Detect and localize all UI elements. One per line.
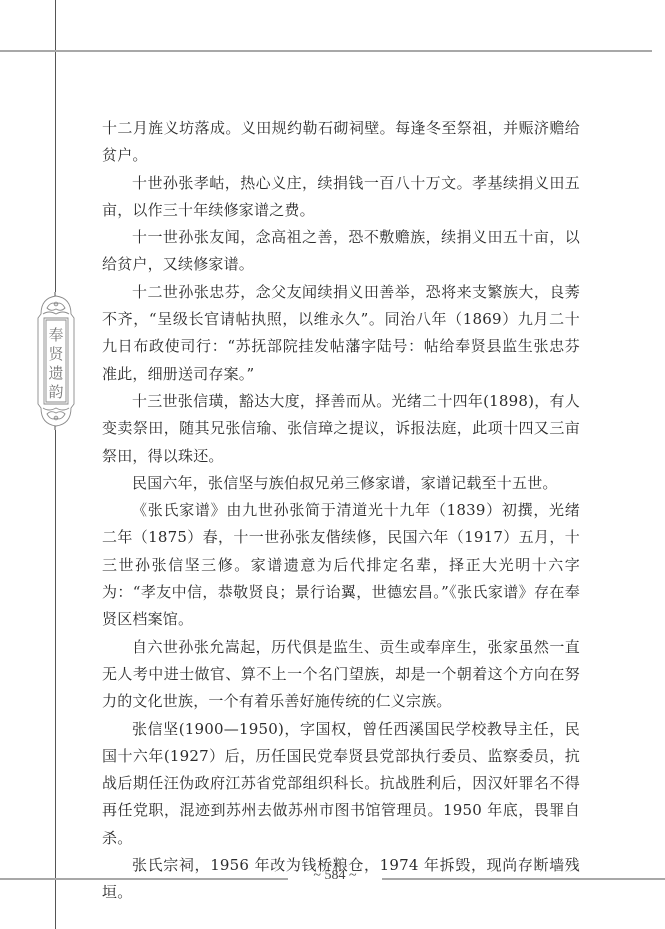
paragraph: 十二世孙张忠芬，念父友闻续捐义田善举，恐将来支繁族大，良莠不齐，“呈级长官请帖执… (102, 279, 580, 388)
paragraph: 张信坚(1900—1950)，字国权，曾任西溪国民学校教导主任，民国十六年(19… (102, 716, 580, 852)
side-title-char: 贤 (33, 345, 79, 364)
paragraph: 十三世张信璜，豁达大度，择善而从。光绪二十四年(1898)，有人变卖祭田，随其兄… (102, 388, 580, 470)
paragraph: 《张氏家谱》由九世孙张简于清道光十九年（1839）初撰，光绪二年（1875）春，… (102, 497, 580, 633)
footer-rule-right (382, 878, 665, 880)
side-title-char: 遗 (33, 364, 79, 383)
paragraph: 十二月旌义坊落成。义田规约勒石砌祠壁。每逢冬至祭祖，并赈济赡给贫户。 (102, 115, 580, 170)
paragraph: 十一世孙张友闻，念高祖之善，恐不敷赡族，续捐义田五十亩，以给贫户，又续修家谱。 (102, 224, 580, 279)
paragraph: 自六世孙张允嵩起，历代俱是监生、贡生或奉庠生，张家虽然一直无人考中进士做官、算不… (102, 634, 580, 716)
margin-vertical-rule (55, 0, 56, 929)
side-title-char: 奉 (33, 326, 79, 345)
side-title-char: 韵 (33, 383, 79, 402)
paragraph: 民国六年，张信坚与族伯叔兄弟三修家谱，家谱记载至十五世。 (102, 470, 580, 497)
side-title-text: 奉 贤 遗 韵 (33, 326, 79, 402)
side-title-cartouche: 奉 贤 遗 韵 (33, 292, 79, 430)
header-rule (0, 50, 652, 52)
page-number: ~ 584 ~ (288, 868, 382, 884)
footer-rule-left (0, 878, 288, 880)
paragraph: 十世孙张孝岵，热心义庄，续捐钱一百八十万文。孝基续捐义田五亩，以作三十年续修家谱… (102, 170, 580, 225)
page-body: 十二月旌义坊落成。义田规约勒石砌祠壁。每逢冬至祭祖，并赈济赡给贫户。 十世孙张孝… (102, 115, 580, 907)
